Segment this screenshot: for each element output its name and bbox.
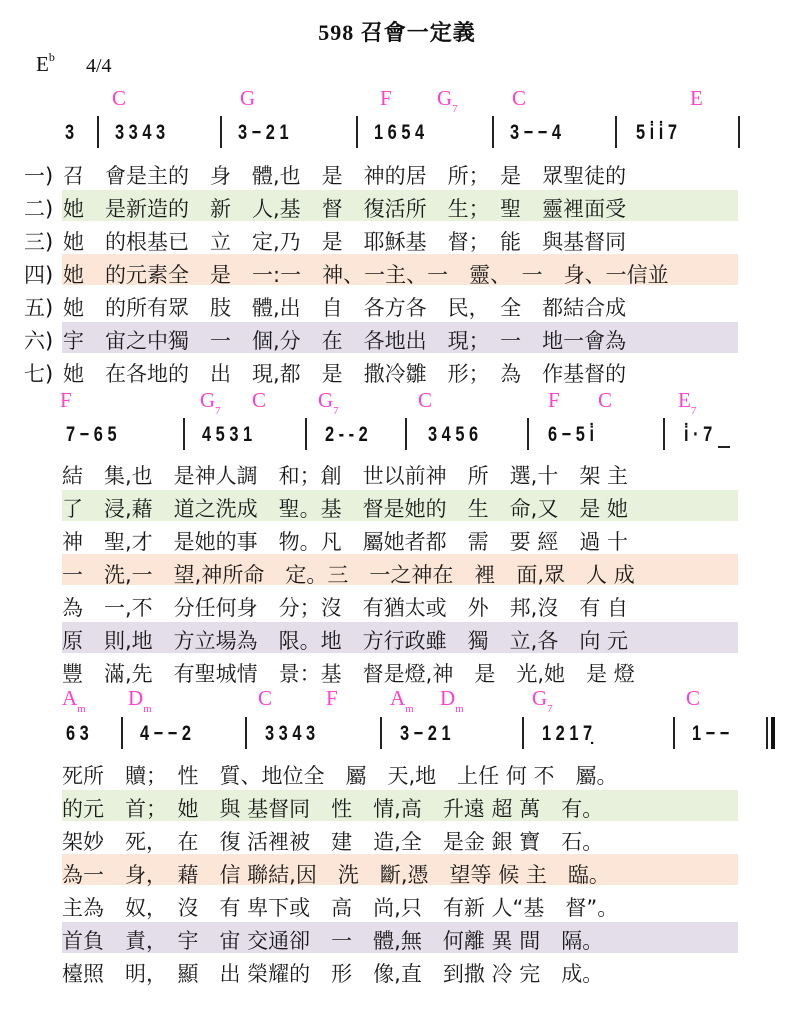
lyric-line: 主為 奴， 沒 有 卑下或 高 尚,只 有新 人“基 督”。 bbox=[62, 892, 618, 922]
lyric-line: 檯照 明， 顯 出 榮耀的 形 像,直 到撒 冷 完 成。 bbox=[62, 958, 603, 988]
measure: 1 6 5 4 bbox=[374, 121, 424, 145]
key-flat: b bbox=[49, 50, 55, 64]
bar-line bbox=[97, 116, 99, 148]
verse-number: 四) bbox=[24, 259, 53, 289]
time-signature: 4/4 bbox=[86, 55, 112, 78]
bar-line bbox=[492, 116, 494, 148]
chord-label: C bbox=[258, 686, 272, 713]
lyric-line: 她 是新造的 新 人,基 督 復活所 生； 聖 靈裡面受 bbox=[63, 193, 626, 223]
chord-label: C bbox=[252, 388, 266, 415]
key-signature: Eb bbox=[36, 52, 55, 77]
chord-label: C bbox=[512, 86, 526, 113]
bar-line bbox=[183, 418, 185, 450]
chord-label: E bbox=[690, 86, 703, 113]
bar-line bbox=[522, 717, 524, 749]
bar-line bbox=[305, 418, 307, 450]
final-bar-thick bbox=[771, 717, 775, 749]
hymn-title: 598 召會一定義 bbox=[0, 16, 794, 47]
chord-label: Dm bbox=[440, 686, 464, 713]
lyric-line: 宇 宙之中獨 一 個,分 在 各地出 現； 一 地一會為 bbox=[63, 325, 626, 355]
chord-label: G7 bbox=[532, 686, 553, 713]
bar-line bbox=[663, 418, 665, 450]
verse-number: 一) bbox=[24, 160, 53, 190]
verse-number: 六) bbox=[24, 325, 53, 355]
lyric-line: 她 在各地的 出 現,都 是 撒冷雛 形； 為 作基督的 bbox=[63, 358, 626, 388]
measure: 2 - - 2 bbox=[325, 423, 368, 447]
measure: 3 3 4 3 bbox=[265, 722, 315, 746]
bar-line bbox=[356, 116, 358, 148]
measure: 3 3 4 3 bbox=[115, 121, 165, 145]
measure: 4 − − 2 bbox=[140, 722, 191, 746]
chord-label: G7 bbox=[318, 388, 339, 415]
lyric-line: 首負 責， 宇 宙 交通卻 一 體,無 何離 異 間 隔。 bbox=[62, 925, 603, 955]
lyric-line: 結 集,也 是神人調 和；創 世以前神 所 選,十 架 主 bbox=[62, 460, 628, 490]
measure: 4 5 3 1 bbox=[202, 423, 252, 447]
measure: 6 3 bbox=[66, 722, 89, 746]
measure: 3 − − 4 bbox=[510, 121, 561, 145]
chord-label: F bbox=[380, 86, 392, 113]
chord-label: G7 bbox=[200, 388, 221, 415]
measure: i̇ · 7 bbox=[684, 423, 712, 447]
bar-line bbox=[121, 717, 123, 749]
measure: 1 − − bbox=[692, 722, 729, 746]
lyric-line: 召 會是主的 身 體,也 是 神的居 所； 是 眾聖徒的 bbox=[63, 160, 626, 190]
lyric-line: 她 的所有眾 肢 體,出 自 各方各 民， 全 都結合成 bbox=[63, 292, 626, 322]
lyric-line: 架妙 死， 在 復 活裡被 建 造,全 是金 銀 寶 石。 bbox=[62, 826, 603, 856]
lyric-line: 原 則,地 方立場為 限。地 方行政雖 獨 立,各 向 元 bbox=[62, 625, 628, 655]
measure: 3 4 5 6 bbox=[428, 423, 478, 447]
lyric-line: 為一 身， 藉 信 聯結,因 洗 斷,憑 望等 候 主 臨。 bbox=[62, 859, 610, 889]
lyric-line: 死所 贖； 性 質、地位全 屬 天,地 上任 何 不 屬。 bbox=[62, 760, 618, 790]
chord-label: C bbox=[112, 86, 126, 113]
lyric-line: 她 的元素全 是 一:一 神、一主、一 靈、 一 身、一信並 bbox=[63, 259, 669, 289]
measure: 3 − 2 1 bbox=[238, 121, 289, 145]
chord-label: C bbox=[418, 388, 432, 415]
bar-line bbox=[245, 717, 247, 749]
measure: 3 − 2 1 bbox=[400, 722, 451, 746]
eighth-note-underline bbox=[718, 446, 730, 448]
measure: 1 2 1 7̣ bbox=[542, 722, 592, 746]
chord-label: F bbox=[548, 388, 560, 415]
chord-label: Am bbox=[62, 686, 86, 713]
measure: 6 − 5 i̇ bbox=[548, 423, 594, 447]
bar-line bbox=[527, 418, 529, 450]
chord-label: C bbox=[686, 686, 700, 713]
lyric-line: 豐 滿,先 有聖城情 景：基 督是燈,神 是 光,她 是 燈 bbox=[62, 658, 635, 688]
measure: 5 i̇ i̇ 7 bbox=[636, 121, 677, 145]
measure: 3 bbox=[65, 121, 74, 145]
lyric-line: 為 一,不 分任何身 分；沒 有猶太或 外 邦,沒 有 自 bbox=[62, 592, 628, 622]
verse-number: 二) bbox=[24, 193, 53, 223]
bar-line bbox=[220, 116, 222, 148]
chord-label: Dm bbox=[128, 686, 152, 713]
lyric-line: 神 聖,才 是她的事 物。凡 屬她者都 需 要 經 過 十 bbox=[62, 526, 628, 556]
verse-number: 三) bbox=[24, 226, 53, 256]
lyric-line: 的元 首； 她 與 基督同 性 情,高 升遠 超 萬 有。 bbox=[62, 793, 603, 823]
bar-line bbox=[738, 116, 740, 148]
chord-label: Am bbox=[390, 686, 414, 713]
chord-label: F bbox=[326, 686, 338, 713]
lyric-line: 她 的根基已 立 定,乃 是 耶穌基 督； 能 與基督同 bbox=[63, 226, 626, 256]
chord-label: G bbox=[240, 86, 255, 113]
chord-label: C bbox=[598, 388, 612, 415]
verse-number: 五) bbox=[24, 292, 53, 322]
bar-line bbox=[405, 418, 407, 450]
lyric-line: 一 洗,一 望,神所命 定。三 一之神在 裡 面,眾 人 成 bbox=[62, 559, 635, 589]
chord-label: E7 bbox=[678, 388, 696, 415]
lyric-line: 了 浸,藉 道之洗成 聖。基 督是她的 生 命,又 是 她 bbox=[62, 493, 628, 523]
chord-label: F bbox=[60, 388, 72, 415]
measure: 7 − 6 5 bbox=[66, 423, 117, 447]
key-note: E bbox=[36, 52, 49, 76]
bar-line bbox=[380, 717, 382, 749]
verse-number: 七) bbox=[24, 358, 53, 388]
bar-line bbox=[615, 116, 617, 148]
final-bar-thin bbox=[766, 717, 768, 749]
bar-line bbox=[673, 717, 675, 749]
chord-label: G7 bbox=[437, 86, 458, 113]
